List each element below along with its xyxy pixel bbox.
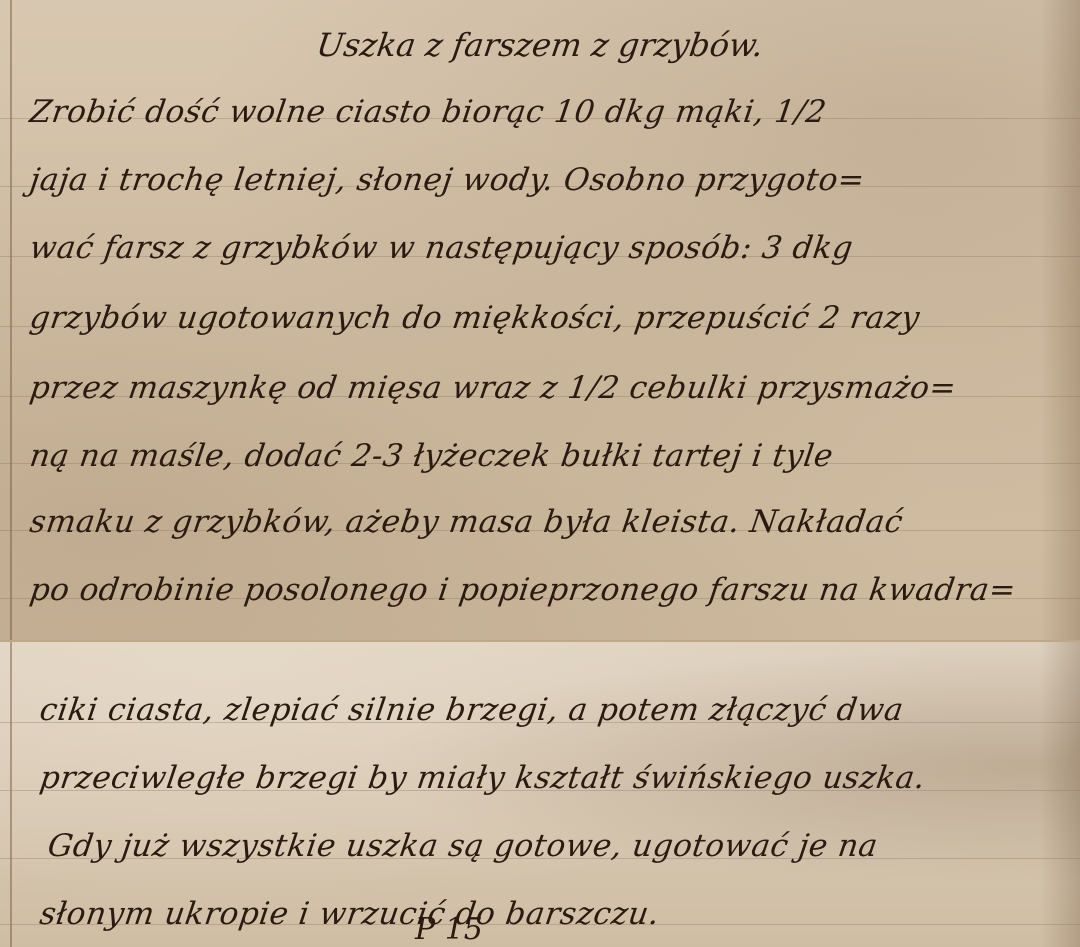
page-edge-shadow (1040, 0, 1080, 640)
notebook-page-top: Uszka z farszem z grzybów. Zrobić dość w… (0, 0, 1080, 640)
text-line: Gdy już wszystkie uszka są gotowe, ugoto… (45, 826, 1043, 866)
text-line: słonym ukropie i wrzucić do barszczu. (37, 894, 1043, 934)
page-edge-shadow (1040, 642, 1080, 947)
text-line: ną na maśle, dodać 2-3 łyżeczek bułki ta… (27, 436, 1043, 476)
text-line: Zrobić dość wolne ciasto biorąc 10 dkg m… (27, 92, 1043, 132)
text-line: smaku z grzybków, ażeby masa była kleist… (27, 502, 1043, 542)
page-mark: P 15 (415, 912, 483, 947)
text-line: wać farsz z grzybków w następujący sposó… (27, 228, 1043, 268)
text-line: ciki ciasta, zlepiać silnie brzegi, a po… (37, 690, 1043, 730)
recipe-title: Uszka z farszem z grzybów. (0, 26, 1080, 64)
text-line: przeciwległe brzegi by miały kształt świ… (37, 758, 1043, 798)
text-line: jaja i trochę letniej, słonej wody. Osob… (27, 160, 1043, 200)
notebook-page-bottom: ciki ciasta, zlepiać silnie brzegi, a po… (0, 640, 1080, 947)
text-line: grzybów ugotowanych do miękkości, przepu… (27, 298, 1043, 338)
margin-line (10, 0, 12, 640)
text-line: po odrobinie posolonego i popieprzonego … (27, 570, 1043, 610)
text-line: przez maszynkę od mięsa wraz z 1/2 cebul… (27, 368, 1043, 408)
margin-line (10, 642, 12, 947)
